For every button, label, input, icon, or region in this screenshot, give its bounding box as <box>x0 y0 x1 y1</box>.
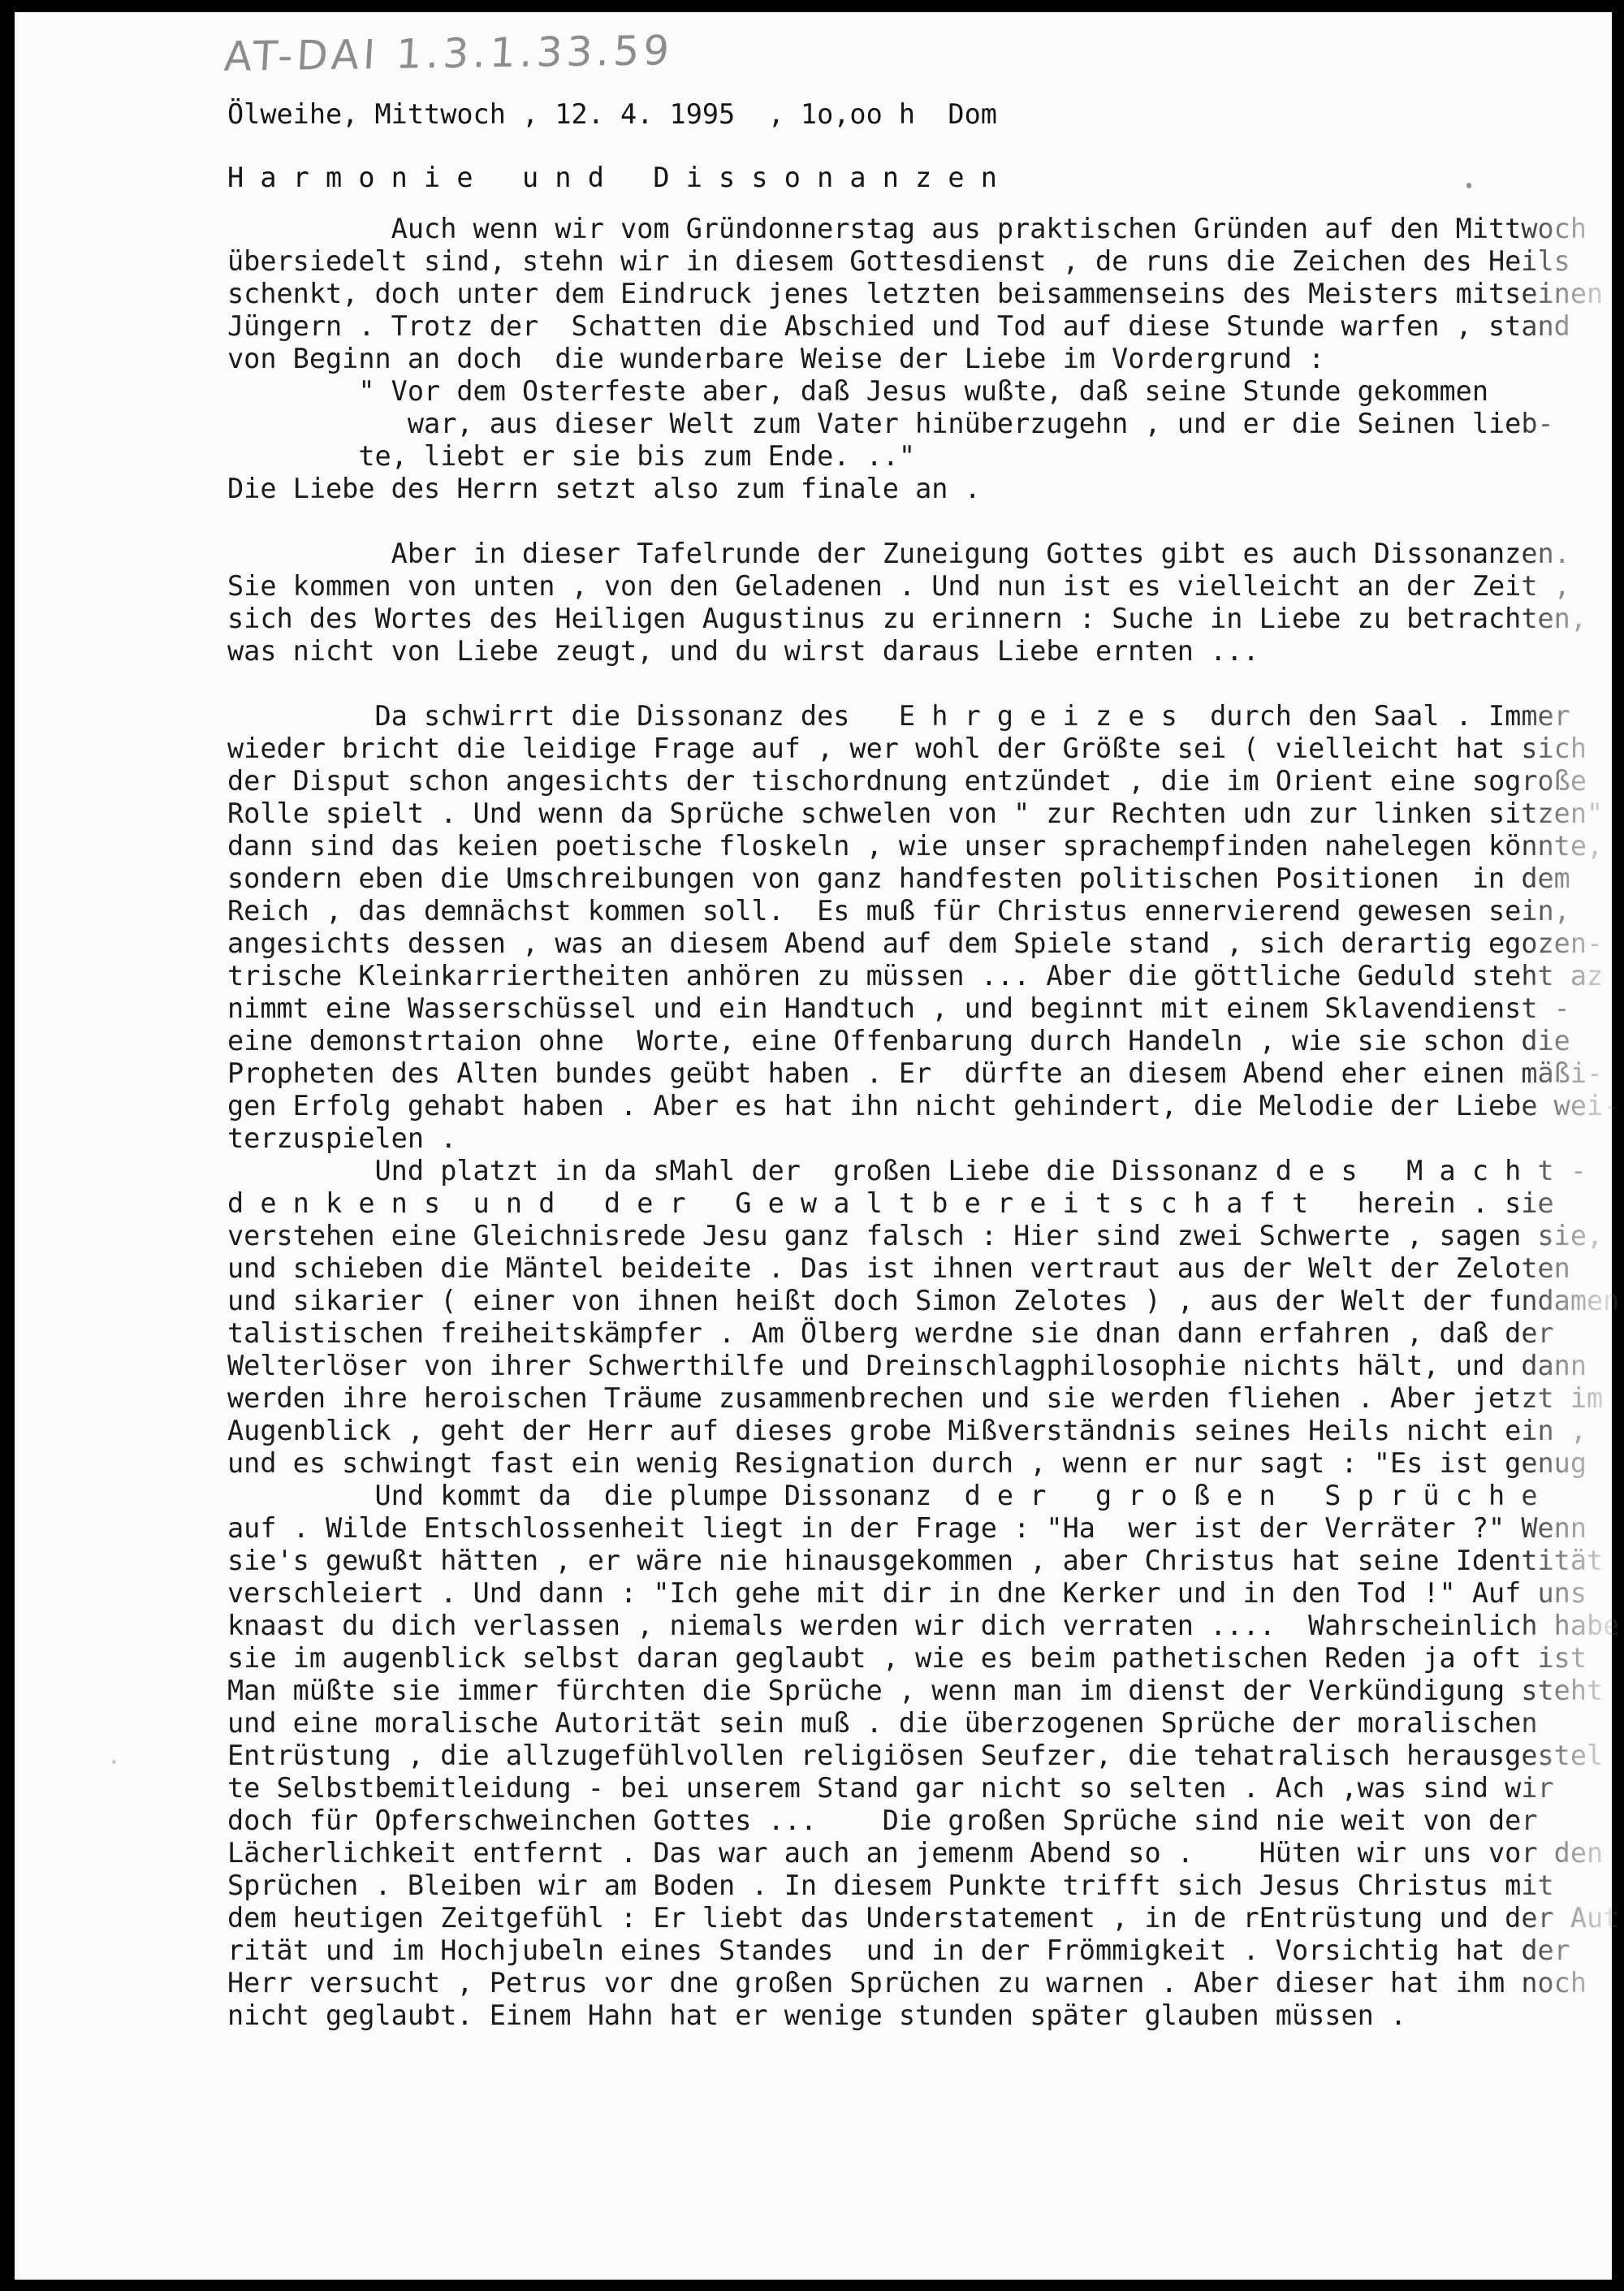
document-page: AT-DAI 1.3.1.33.59 Ölweihe, Mittwoch , 1… <box>15 12 1612 2280</box>
document-date-line: Ölweihe, Mittwoch , 12. 4. 1995 , 1o,oo … <box>227 98 997 130</box>
document-body-text: Auch wenn wir vom Gründonnerstag aus pra… <box>227 213 1619 2032</box>
scan-speck <box>112 1760 116 1764</box>
scan-speck <box>1466 183 1471 188</box>
document-title: H a r m o n i e u n d D i s s o n a n z … <box>227 162 997 193</box>
scanned-document-canvas: AT-DAI 1.3.1.33.59 Ölweihe, Mittwoch , 1… <box>0 0 1624 2291</box>
handwritten-archive-code: AT-DAI 1.3.1.33.59 <box>222 27 674 80</box>
